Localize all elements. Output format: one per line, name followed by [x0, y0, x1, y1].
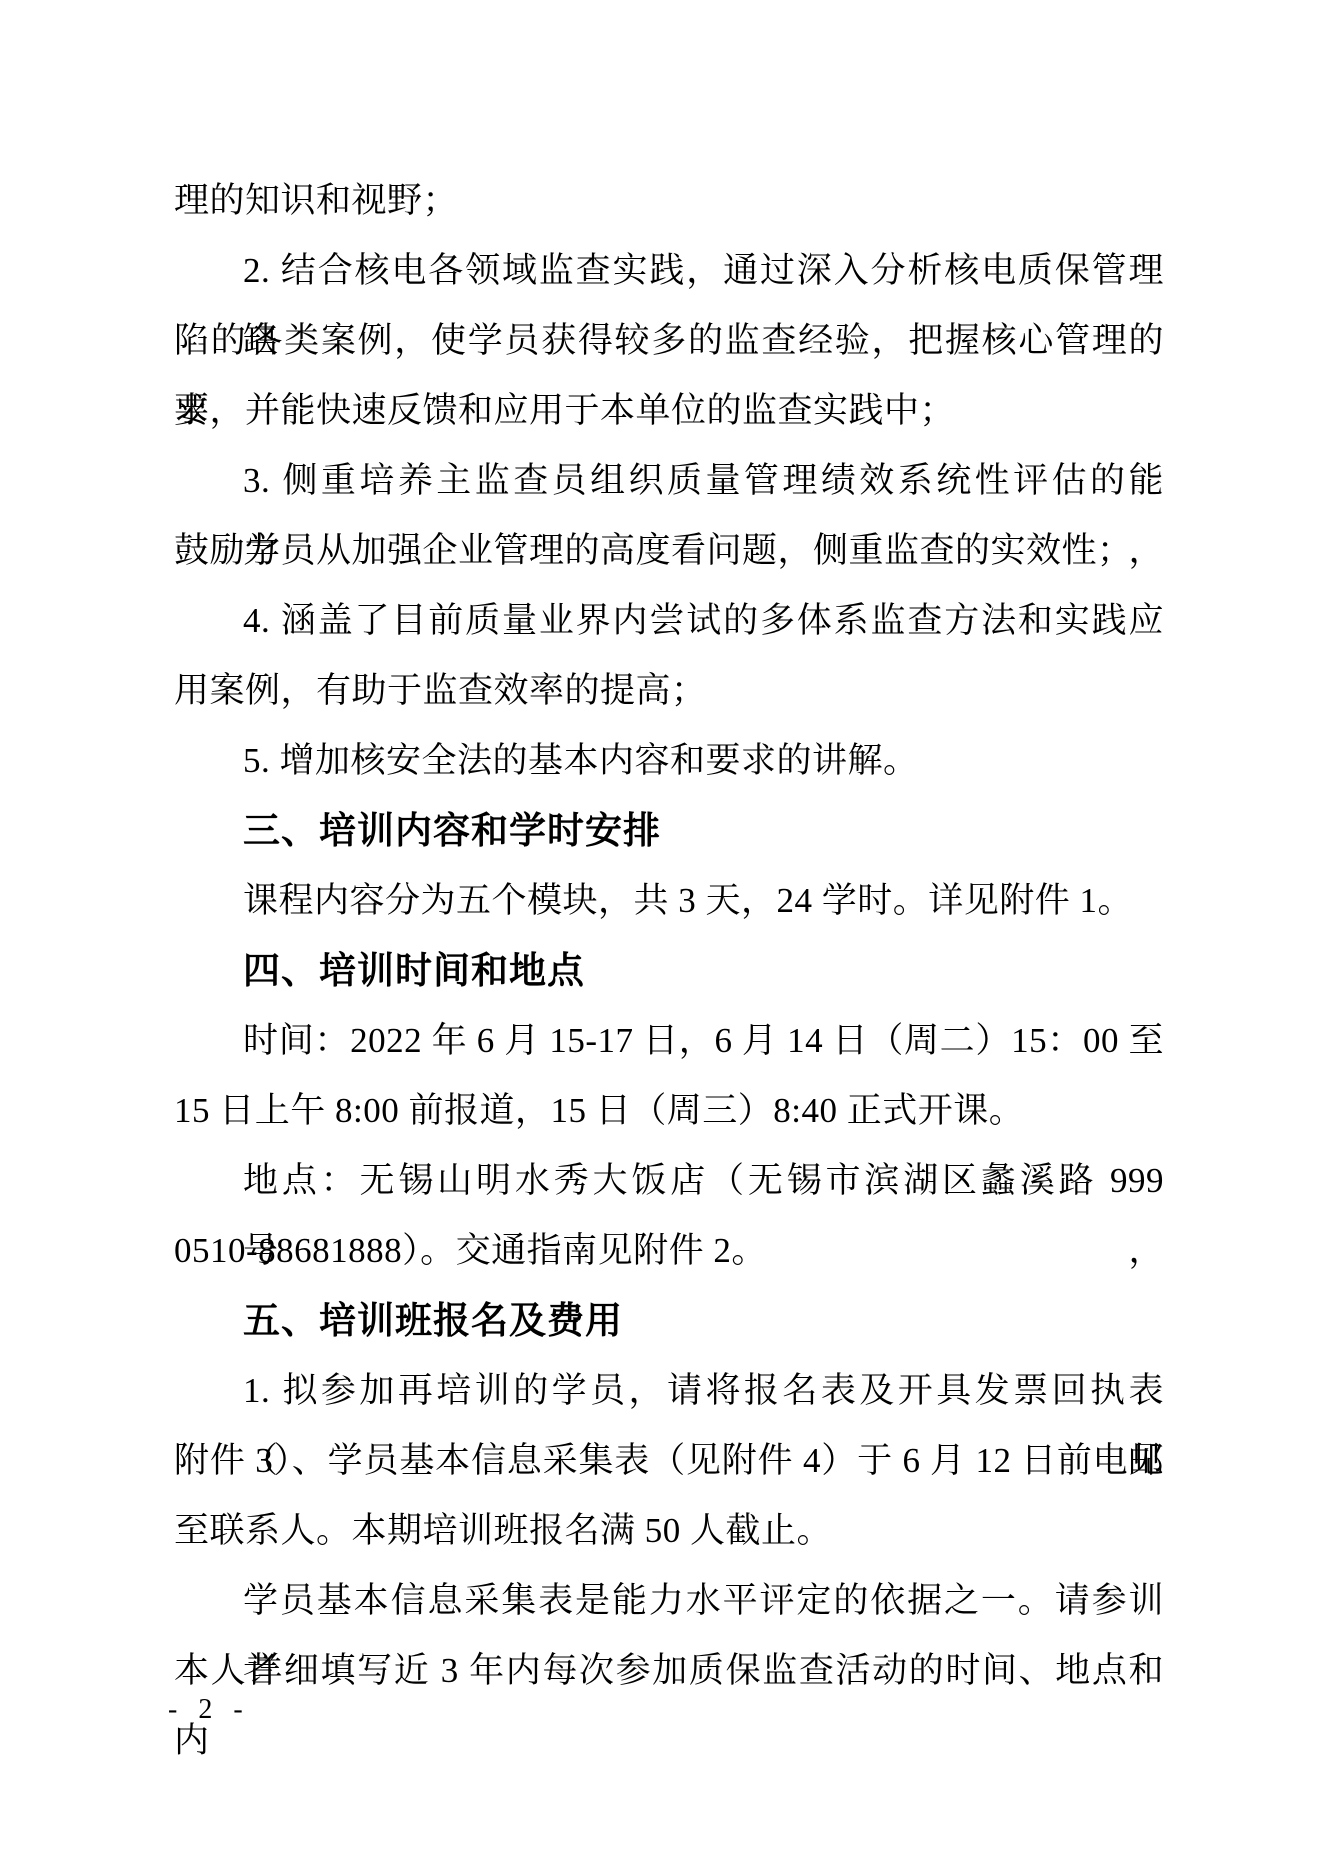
para-line: 至联系人。本期培训班报名满 50 人截止。 [174, 1496, 1164, 1566]
list-item-1-line: 1. 拟参加再培训的学员，请将报名表及开具发票回执表（见 [174, 1356, 1164, 1426]
document-body: 理的知识和视野； 2. 结合核电各领域监查实践，通过深入分析核电质保管理缺 陷的… [174, 166, 1164, 1706]
list-item-3-line: 3. 侧重培养主监查员组织质量管理绩效系统性评估的能力， [174, 446, 1164, 516]
document-page: 理的知识和视野； 2. 结合核电各领域监查实践，通过深入分析核电质保管理缺 陷的… [0, 0, 1323, 1871]
heading-section-4: 四、培训时间和地点 [174, 936, 1164, 1006]
para-line: 课程内容分为五个模块，共 3 天，24 学时。详见附件 1。 [174, 866, 1164, 936]
para-line: 本人详细填写近 3 年内每次参加质保监查活动的时间、地点和内 [174, 1636, 1164, 1706]
heading-section-5: 五、培训班报名及费用 [174, 1286, 1164, 1356]
para-line: 附件 3）、学员基本信息采集表（见附件 4）于 6 月 12 日前电邮 [174, 1426, 1164, 1496]
heading-section-3: 三、培训内容和学时安排 [174, 796, 1164, 866]
para-line: 用案例，有助于监查效率的提高； [174, 656, 1164, 726]
list-item-4-line: 4. 涵盖了目前质量业界内尝试的多体系监查方法和实践应 [174, 586, 1164, 656]
para-line: 学员基本信息采集表是能力水平评定的依据之一。请参训者 [174, 1566, 1164, 1636]
para-line: 陷的各类案例，使学员获得较多的监查经验，把握核心管理的要 [174, 306, 1164, 376]
para-line: 鼓励学员从加强企业管理的高度看问题，侧重监查的实效性； [174, 516, 1164, 586]
para-line: 理的知识和视野； [174, 166, 1164, 236]
para-line-location: 地点：无锡山明水秀大饭店（无锡市滨湖区蠡溪路 999 号， [174, 1146, 1164, 1216]
para-line: 15 日上午 8:00 前报道，15 日（周三）8:40 正式开课。 [174, 1076, 1164, 1146]
para-line: 求，并能快速反馈和应用于本单位的监查实践中； [174, 376, 1164, 446]
para-line-time: 时间：2022 年 6 月 15-17 日，6 月 14 日（周二）15：00 … [174, 1006, 1164, 1076]
list-item-5-line: 5. 增加核安全法的基本内容和要求的讲解。 [174, 726, 1164, 796]
page-number: - 2 - [168, 1693, 250, 1727]
list-item-2-line: 2. 结合核电各领域监查实践，通过深入分析核电质保管理缺 [174, 236, 1164, 306]
